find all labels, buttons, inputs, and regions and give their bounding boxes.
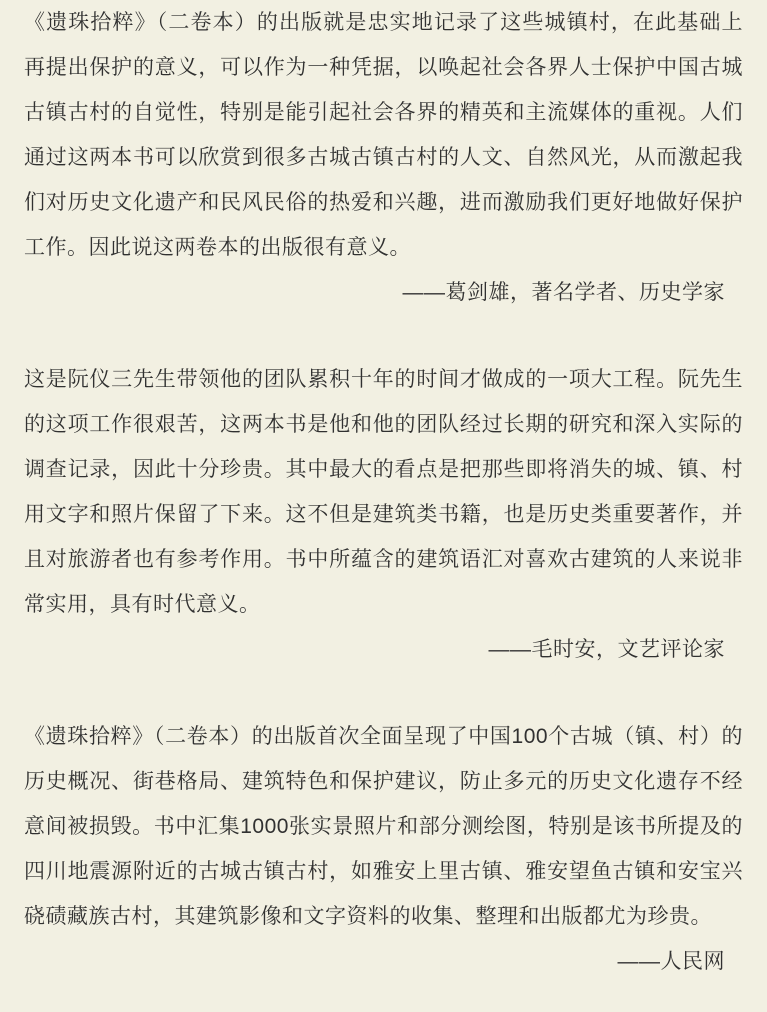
review-section-3: 《遗珠拾粹》（二卷本）的出版首次全面呈现了中国100个古城（镇、村）的历史概况、… (24, 714, 743, 984)
review-attribution: ——毛时安，文艺评论家 (24, 627, 743, 672)
review-quote-text: 《遗珠拾粹》（二卷本）的出版就是忠实地记录了这些城镇村，在此基础上再提出保护的意… (24, 0, 743, 270)
review-section-1: 《遗珠拾粹》（二卷本）的出版就是忠实地记录了这些城镇村，在此基础上再提出保护的意… (24, 0, 743, 315)
review-document-page: 《遗珠拾粹》（二卷本）的出版就是忠实地记录了这些城镇村，在此基础上再提出保护的意… (0, 0, 767, 1012)
review-attribution: ——人民网 (24, 939, 743, 984)
review-section-2: 这是阮仪三先生带领他的团队累积十年的时间才做成的一项大工程。阮先生的这项工作很艰… (24, 357, 743, 672)
review-attribution: ——葛剑雄，著名学者、历史学家 (24, 270, 743, 315)
review-quote-text: 这是阮仪三先生带领他的团队累积十年的时间才做成的一项大工程。阮先生的这项工作很艰… (24, 357, 743, 627)
review-quote-text: 《遗珠拾粹》（二卷本）的出版首次全面呈现了中国100个古城（镇、村）的历史概况、… (24, 714, 743, 939)
